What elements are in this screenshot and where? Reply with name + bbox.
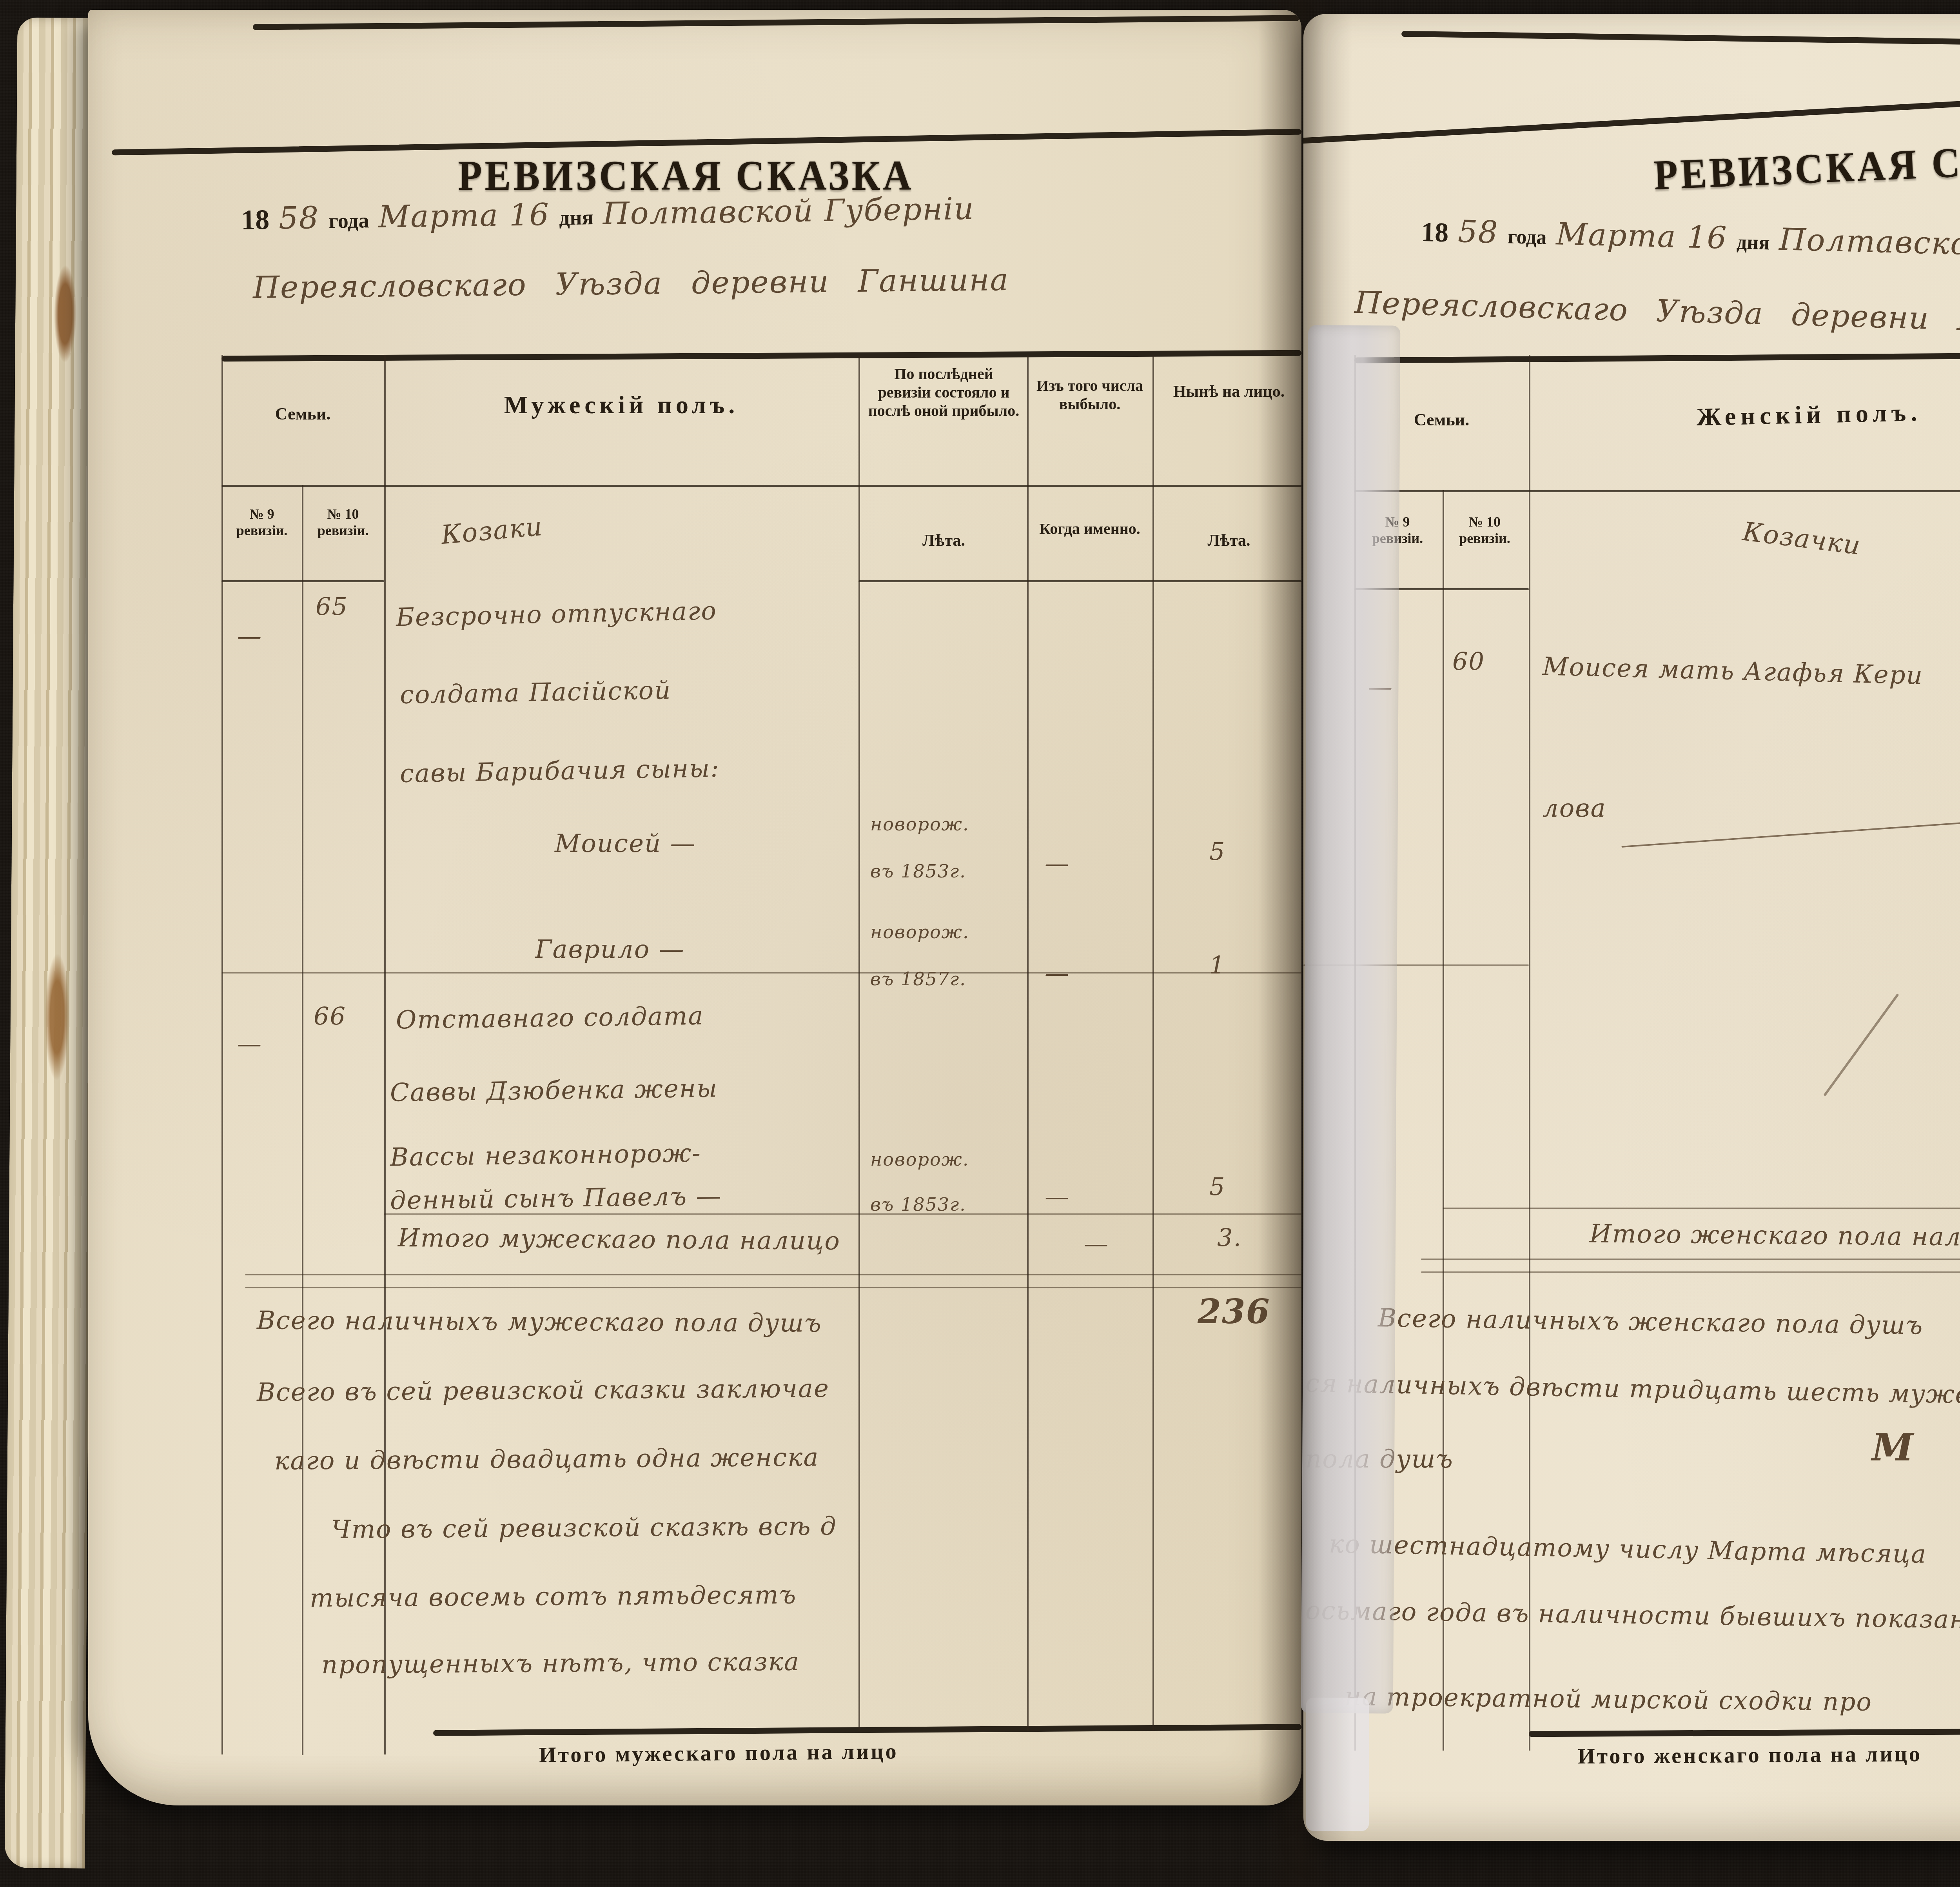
handwritten-year: 58 bbox=[278, 200, 319, 236]
closing-line-1: Всего въ сей ревизской сказки заключае bbox=[257, 1370, 1301, 1407]
entry60-line2: лова bbox=[1543, 794, 1606, 823]
subtotal-top-rule bbox=[1443, 1208, 1960, 1209]
place-line: Переясловскаго Уѣзда деревни Ганшина bbox=[1354, 285, 1960, 350]
header-rule bbox=[1303, 85, 1960, 145]
handwritten-province: Полтавской Губерніи bbox=[1779, 222, 1960, 266]
entry65-person2-name: Гаврило — bbox=[535, 935, 685, 964]
page-title: РЕВИЗСКАЯ СКАЗКА bbox=[1459, 123, 1960, 207]
entry65-person1-name: Моисей — bbox=[555, 829, 696, 858]
left-footer-label: Итого мужескаго пола на лицо bbox=[539, 1739, 898, 1768]
entry65-line2: солдата Пасійской bbox=[399, 676, 671, 710]
page-stack-edge bbox=[5, 17, 98, 1868]
subtotal-top-rule bbox=[384, 1213, 1301, 1215]
top-rule bbox=[253, 15, 1299, 30]
col-line-3 bbox=[384, 355, 386, 1754]
total-divider-rule-2 bbox=[1421, 1271, 1960, 1273]
handwritten-province: Полтавской Губерніи bbox=[603, 191, 975, 232]
closing-line-2: каго и двѣсти двадцать одна женска bbox=[274, 1439, 1301, 1476]
female-subtotal-label: Итого женскаго пола налицо bbox=[1590, 1219, 1960, 1252]
group-label-cossacks: Козаки bbox=[440, 511, 544, 550]
col-line-2 bbox=[1443, 490, 1444, 1751]
right-page: РЕВИЗСКАЯ СКАЗКА 18 58 года Марта 16 дня… bbox=[1303, 14, 1960, 1841]
entry65-person1-dash: — bbox=[1045, 849, 1070, 877]
closing-line-1: ся наличныхъ двѣсти тридцать шесть мужес… bbox=[1305, 1369, 1960, 1416]
entry60-family-number: 60 bbox=[1452, 647, 1485, 676]
entry60-line1: Моисея мать Агафья Кери bbox=[1542, 652, 1924, 690]
left-page: РЕВИЗСКАЯ СКАЗКА 18 58 года Марта 16 дня… bbox=[88, 10, 1301, 1805]
entry65-person1-age: 5 bbox=[1209, 837, 1225, 866]
male-subtotal-label: Итого мужескаго пола налицо bbox=[398, 1224, 840, 1256]
entry66-line1: Отставнаго солдата bbox=[396, 1002, 704, 1035]
entry66-age: 5 bbox=[1209, 1172, 1225, 1201]
col-header-female: Женскій полъ. bbox=[1528, 394, 1960, 435]
entry66-line4: денный сынъ Павелъ — bbox=[390, 1182, 722, 1215]
footer-rule bbox=[1529, 1727, 1960, 1737]
entry60-long-dash bbox=[1621, 812, 1960, 848]
top-rule bbox=[1401, 31, 1960, 49]
col-line-1 bbox=[221, 355, 223, 1754]
entry65-line1: Безсрочно отпускнаго bbox=[396, 596, 717, 632]
handwritten-date: Марта 16 bbox=[378, 197, 550, 235]
printed-word-year: года bbox=[328, 208, 369, 233]
male-subtotal-value: 3. bbox=[1217, 1223, 1242, 1252]
entry66-line3: Вассы незаконнорож- bbox=[390, 1139, 702, 1172]
entry66-line2: Саввы Дзюбенка жены bbox=[390, 1074, 718, 1108]
footer-rule bbox=[433, 1724, 1301, 1736]
table-top-rule bbox=[1354, 351, 1960, 363]
printed-word-day: дня bbox=[559, 205, 594, 230]
total-divider-rule-2 bbox=[245, 1287, 1301, 1288]
right-footer-label: Итого женскаго пола на лицо bbox=[1578, 1742, 1922, 1769]
place-line: Переясловскаго Уѣзда деревни Ганшина bbox=[253, 259, 1301, 305]
closing-line-3: Что въ сей ревизской сказкѣ всѣ д bbox=[331, 1507, 1301, 1544]
entry66-born-1: новорож. bbox=[870, 1149, 969, 1170]
closing-line-5: пропущенныхъ нѣтъ, что сказка bbox=[321, 1643, 1301, 1680]
stray-pen-stroke bbox=[1824, 993, 1899, 1096]
table-header-rule bbox=[1354, 490, 1960, 492]
closing-line-3: ко шестнадцатому числу Марта мѣсяца bbox=[1329, 1529, 1960, 1577]
entry66-family-number: 66 bbox=[314, 1002, 346, 1030]
male-subtotal-dash: — bbox=[1084, 1229, 1109, 1258]
table-top-rule bbox=[221, 350, 1301, 361]
subheader-rule-right bbox=[858, 580, 1301, 582]
entry65-person1-born-1: новорож. bbox=[870, 814, 969, 835]
printed-year-prefix: 18 bbox=[241, 203, 270, 236]
entry65-person2-age: 1 bbox=[1209, 951, 1225, 979]
col-header-rev9: № 9 ревизіи. bbox=[225, 506, 299, 539]
group-label-cossack-women: Козачки bbox=[1741, 516, 1862, 561]
col-header-rev10: № 10 ревизіи. bbox=[305, 506, 381, 539]
female-total-label: Всего наличныхъ женскаго пола душъ bbox=[1378, 1304, 1924, 1340]
col-line-2 bbox=[302, 485, 303, 1755]
printed-year-prefix: 18 bbox=[1421, 217, 1449, 249]
closing-line-4: осьмаго года въ наличности бывшихъ показ… bbox=[1305, 1596, 1960, 1640]
male-total-label: Всего наличныхъ мужескаго пола душъ bbox=[257, 1306, 822, 1338]
date-line: 18 58 года Марта 16 дня Полтавской Губер… bbox=[1421, 213, 1960, 273]
entry65-person1-born-2: въ 1853г. bbox=[870, 861, 966, 882]
handwritten-year: 58 bbox=[1457, 214, 1499, 250]
printed-word-year: года bbox=[1508, 225, 1547, 249]
col-header-family: Семьи. bbox=[221, 404, 384, 424]
subcol-when: Когда именно. bbox=[1033, 519, 1147, 538]
revision-list-book-scan: РЕВИЗСКАЯ СКАЗКА 18 58 года Марта 16 дня… bbox=[0, 0, 1960, 1887]
handwritten-date: Марта 16 bbox=[1556, 216, 1728, 256]
total-divider-rule-1 bbox=[1421, 1259, 1960, 1260]
entry-divider-rule bbox=[221, 972, 1301, 973]
entry65-rev9-mark: — bbox=[237, 621, 262, 650]
entry66-dash: — bbox=[1045, 1182, 1070, 1211]
entry65-person2-born-1: новорож. bbox=[870, 921, 969, 943]
entry65-person2-born-2: въ 1857г. bbox=[870, 968, 966, 990]
book-spine-shadow bbox=[1258, 0, 1352, 1887]
col-header-rev10: № 10 ревизіи. bbox=[1445, 514, 1525, 547]
entry65-family-number: 65 bbox=[316, 592, 348, 621]
total-divider-rule-1 bbox=[245, 1274, 1301, 1275]
col-header-last-revision: По послѣдней ревизіи состояло и послѣ он… bbox=[866, 365, 1021, 420]
clerk-monogram: М bbox=[1872, 1425, 1914, 1469]
entry66-rev9-mark: — bbox=[237, 1029, 262, 1058]
entry65-person2-dash: — bbox=[1045, 959, 1070, 987]
entry66-born-2: въ 1853г. bbox=[870, 1194, 966, 1215]
col-header-male: Мужескій полъ. bbox=[384, 390, 858, 420]
table-header-rule bbox=[221, 485, 1301, 487]
printed-word-day: дня bbox=[1736, 231, 1770, 254]
subcol-years-1: Лѣта. bbox=[866, 531, 1021, 551]
closing-line-5: на троекратной мирской сходки про bbox=[1345, 1682, 1960, 1722]
col-header-departed: Изъ того числа выбыло. bbox=[1033, 376, 1147, 413]
entry65-line3: савы Барибачия сыны: bbox=[399, 754, 720, 788]
